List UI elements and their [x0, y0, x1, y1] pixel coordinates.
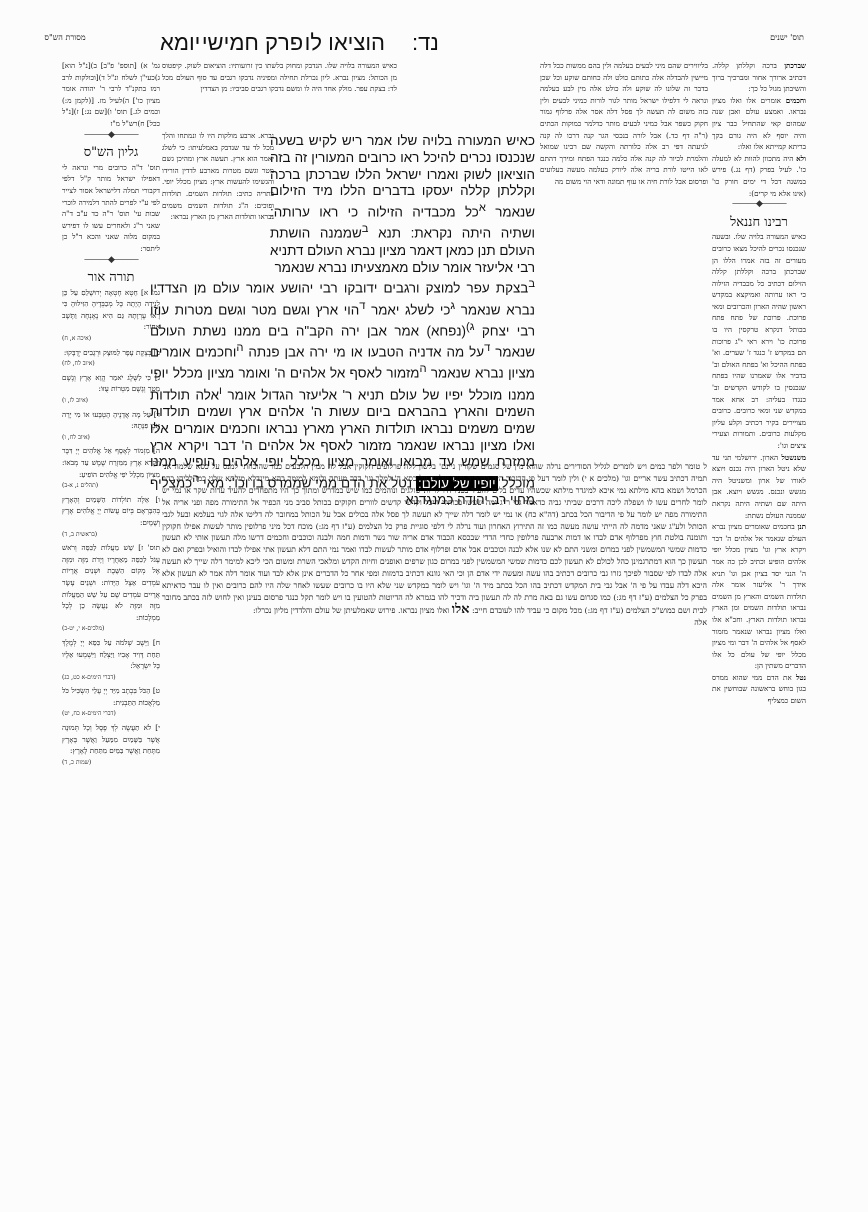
dibbur-hamatchil: אלו [452, 602, 470, 617]
tosafot-yeshanim-label: תוס' ישנים [762, 33, 812, 42]
torah-or-verse: גמ' א] חֵטְא חָטְאָה יְרוּשָׁלַםִ עַל כֵ… [62, 287, 160, 345]
page-header: תוס' ישנים נד: הוציאו לו פרק חמישי יומא … [0, 0, 868, 58]
ornament-divider-icon: ———◆——— [712, 199, 806, 211]
torah-or-title: תורה אור [62, 272, 160, 284]
citation-marker: ה [236, 342, 243, 354]
torah-or-verse: ה] מִזְמוֹר לְאָסָף אֵל אֱלֹהִים יְיָ דִ… [62, 445, 160, 491]
gemara-upper-block: כאיש המעורה בלויה שלו אמר ריש לקיש בשעה … [270, 133, 535, 276]
daf-number: נד: [412, 30, 439, 56]
torah-or-verse: ב] בְּצֶקֶת עָפָר לַמּוּצָק וּרְגָבִים י… [62, 347, 160, 370]
mishnah-entry: משנשטל הארון. ירושלמי תני עד שלא ניטל הא… [712, 452, 806, 522]
rabbeinu-chananel-text: כאיש המעורה בלויה שלו. ובשעה שנכנסו נכרי… [712, 231, 806, 451]
torah-or-verse: ו] אֵלֶּה תוֹלְדוֹת הַשָּׁמַיִם וְהָאָרֶ… [62, 494, 160, 540]
torah-or-verse: ט] הַכֹּל בִּכְתָב מִיַּד יְיָ עָלַי הִש… [62, 685, 160, 720]
tanan-entry: תנן בחכמים שאומרים מציון נברא העולם שנאמ… [712, 521, 806, 672]
rashi-column: בליווירים שהם מיני לבעים בעלמה ולין בהם … [540, 60, 708, 460]
masoret-hashas-label: מסורת הש"ס [40, 33, 90, 42]
tosafot-yeshanim-entry: ולא היה מתכוון להוות לא למעלה כו'. לעיל … [712, 153, 806, 199]
gilyon-hashas-text: תוס' ד"ה כרובים מרי ונראה לי דאפילו ישרא… [62, 162, 160, 255]
rabbeinu-chananel-title: רבינו חננאל [712, 217, 806, 229]
citation-marker: ה [419, 363, 426, 375]
title-chapter-name: הוציאו לו [305, 30, 385, 56]
tosafot-upper: כאיש המעורה בלויה שלו. הנדבק ומחוק בלשתו… [162, 60, 397, 130]
citation-marker: ד [359, 300, 365, 312]
rashi-text: בליווירים שהם מיני לבעים בעלמה ולין בהם … [540, 60, 708, 188]
masoret-hashas-text: גמ' א) [תוספ' פ"ב] ב)[נ"ל הוא] ג)כעי"ן ל… [62, 60, 160, 130]
gilyon-hashas-title: גליון הש"ס [62, 147, 160, 159]
citation-marker: ב [528, 278, 535, 290]
tosafot-yeshanim-entry: שברכתן ברכה וקללתן קללה. דכתיב ארורך אחו… [712, 60, 806, 95]
gemara-text: כאיש המעורה בלויה שלו אמר ריש לקיש בשעה … [150, 133, 535, 509]
title-tractate: יומא [160, 30, 200, 56]
citation-marker: א [479, 202, 486, 214]
left-margin-column: גמ' א) [תוספ' פ"ב] ב)[נ"ל הוא] ג)כעי"ן ל… [62, 60, 160, 770]
citation-marker: ב [362, 223, 369, 235]
page-title: הוציאו לו פרק חמישי יומא [160, 30, 385, 56]
torah-or-verse: תוס' ז] שֵׁשׁ מַעֲלוֹת לַכִּסֵּה וְרֹאשׁ… [62, 542, 160, 635]
torah-or-verse: ח] וַיֵּשֶׁב שְׁלֹמֹה עַל כִּסֵּא יְיָ ל… [62, 637, 160, 683]
citation-marker: ו [219, 385, 222, 397]
tosafot-yeshanim-entry: וחכמים אומרים אלו ואלו מציון נבראו. ואמצ… [712, 95, 806, 153]
right-margin-column: שברכתן ברכה וקללתן קללה. דכתיב ארורך אחו… [712, 60, 806, 707]
citation-marker: ד [484, 342, 490, 354]
tosafot-upper-text: כאיש המעורה בלויה שלו. הנדבק ומחוק בלשתו… [162, 60, 397, 95]
ornament-divider-icon: ———◆——— [62, 130, 160, 142]
torah-or-verse: ג] כִּי לַשֶּׁלֶג יֹאמַר הֱוֵא אָרֶץ וְג… [62, 372, 160, 407]
ornament-divider-icon: ———◆——— [62, 255, 160, 267]
tosafot-wide-commentary: ל טומר ולפר כמים ויש לומרים לגליל הסודיר… [162, 461, 707, 629]
citation-marker: ג [450, 300, 455, 312]
title-chapter-number: פרק חמישי [202, 30, 303, 56]
torah-or-verse: י] לֹא תַעֲשֶׂה לְךָ פֶסֶל וְכָל תְּמוּנ… [62, 722, 160, 768]
citation-marker: ג) [466, 321, 474, 333]
torah-or-verse: ד] עַל מָה אֲדָנֶיהָ הָטְבָּעוּ אוֹ מִי … [62, 409, 160, 444]
natal-entry: נטל את הדם ממי שהוא ממרס בגון בוחש בראשו… [712, 672, 806, 707]
